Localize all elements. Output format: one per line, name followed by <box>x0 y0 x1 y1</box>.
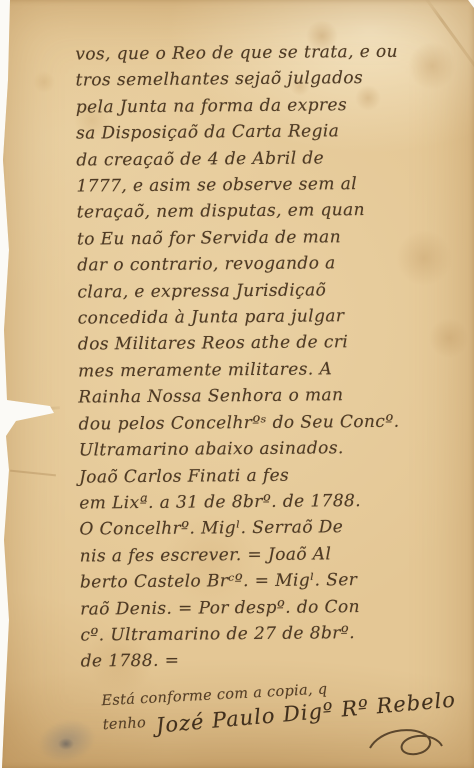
text-line: pela Junta na forma da expres <box>76 91 426 120</box>
text-line: vos, que o Reo de que se trata, e ou <box>75 38 425 67</box>
text-line: to Eu naõ for Servida de man <box>77 223 427 252</box>
text-line: em Lixª. a 31 de 8brº. de 1788. <box>79 487 429 516</box>
paper-sheet: vos, que o Reo de que se trata, e ou tro… <box>0 0 474 768</box>
text-line: concedida à Junta para julgar <box>78 303 428 332</box>
text-line: Ultramarino abaixo asinados. <box>79 435 429 464</box>
text-line: dos Militares Reos athe de cri <box>78 329 428 358</box>
text-line: mes meramente militares. A <box>78 355 428 384</box>
text-line: tros semelhantes sejaõ julgados <box>75 65 425 94</box>
tear-mark <box>8 406 60 413</box>
text-line: dou pelos Concelhrºˢ do Seu Concº. <box>78 408 428 437</box>
text-line: da creaçaõ de 4 de Abril de <box>76 144 426 173</box>
text-line: clara, e expressa Jurisdiçaõ <box>77 276 427 305</box>
text-line: sa Disposiçaõ da Carta Regia <box>76 118 426 147</box>
text-line: berto Castelo Brᶜº. = Migˡ. Ser <box>80 567 430 596</box>
signature-flourish <box>366 722 446 762</box>
fold-crease <box>424 0 474 75</box>
text-line: dar o contrario, revogando a <box>77 250 427 279</box>
text-line: nis a fes escrever. = Joaõ Al <box>80 540 430 569</box>
text-line: de 1788. = <box>81 646 431 675</box>
tear-mark <box>10 470 56 477</box>
text-line: cº. Ultramarino de 27 de 8brº. <box>80 619 430 648</box>
text-line: O Concelhrº. Migˡ. Serraõ De <box>79 514 429 543</box>
scanned-document: vos, que o Reo de que se trata, e ou tro… <box>0 0 474 768</box>
text-line: 1777, e asim se observe sem al <box>76 171 426 200</box>
ink-speck <box>58 738 74 750</box>
text-line: Rainha Nossa Senhora o man <box>78 382 428 411</box>
certification-line: tenho <box>102 713 146 736</box>
text-line: teraçaõ, nem disputas, em quan <box>77 197 427 226</box>
manuscript-text: vos, que o Reo de que se trata, e ou tro… <box>75 38 431 675</box>
text-line: Joaõ Carlos Finati a fes <box>79 461 429 490</box>
text-line: raõ Denis. = Por despº. do Con <box>80 593 430 622</box>
